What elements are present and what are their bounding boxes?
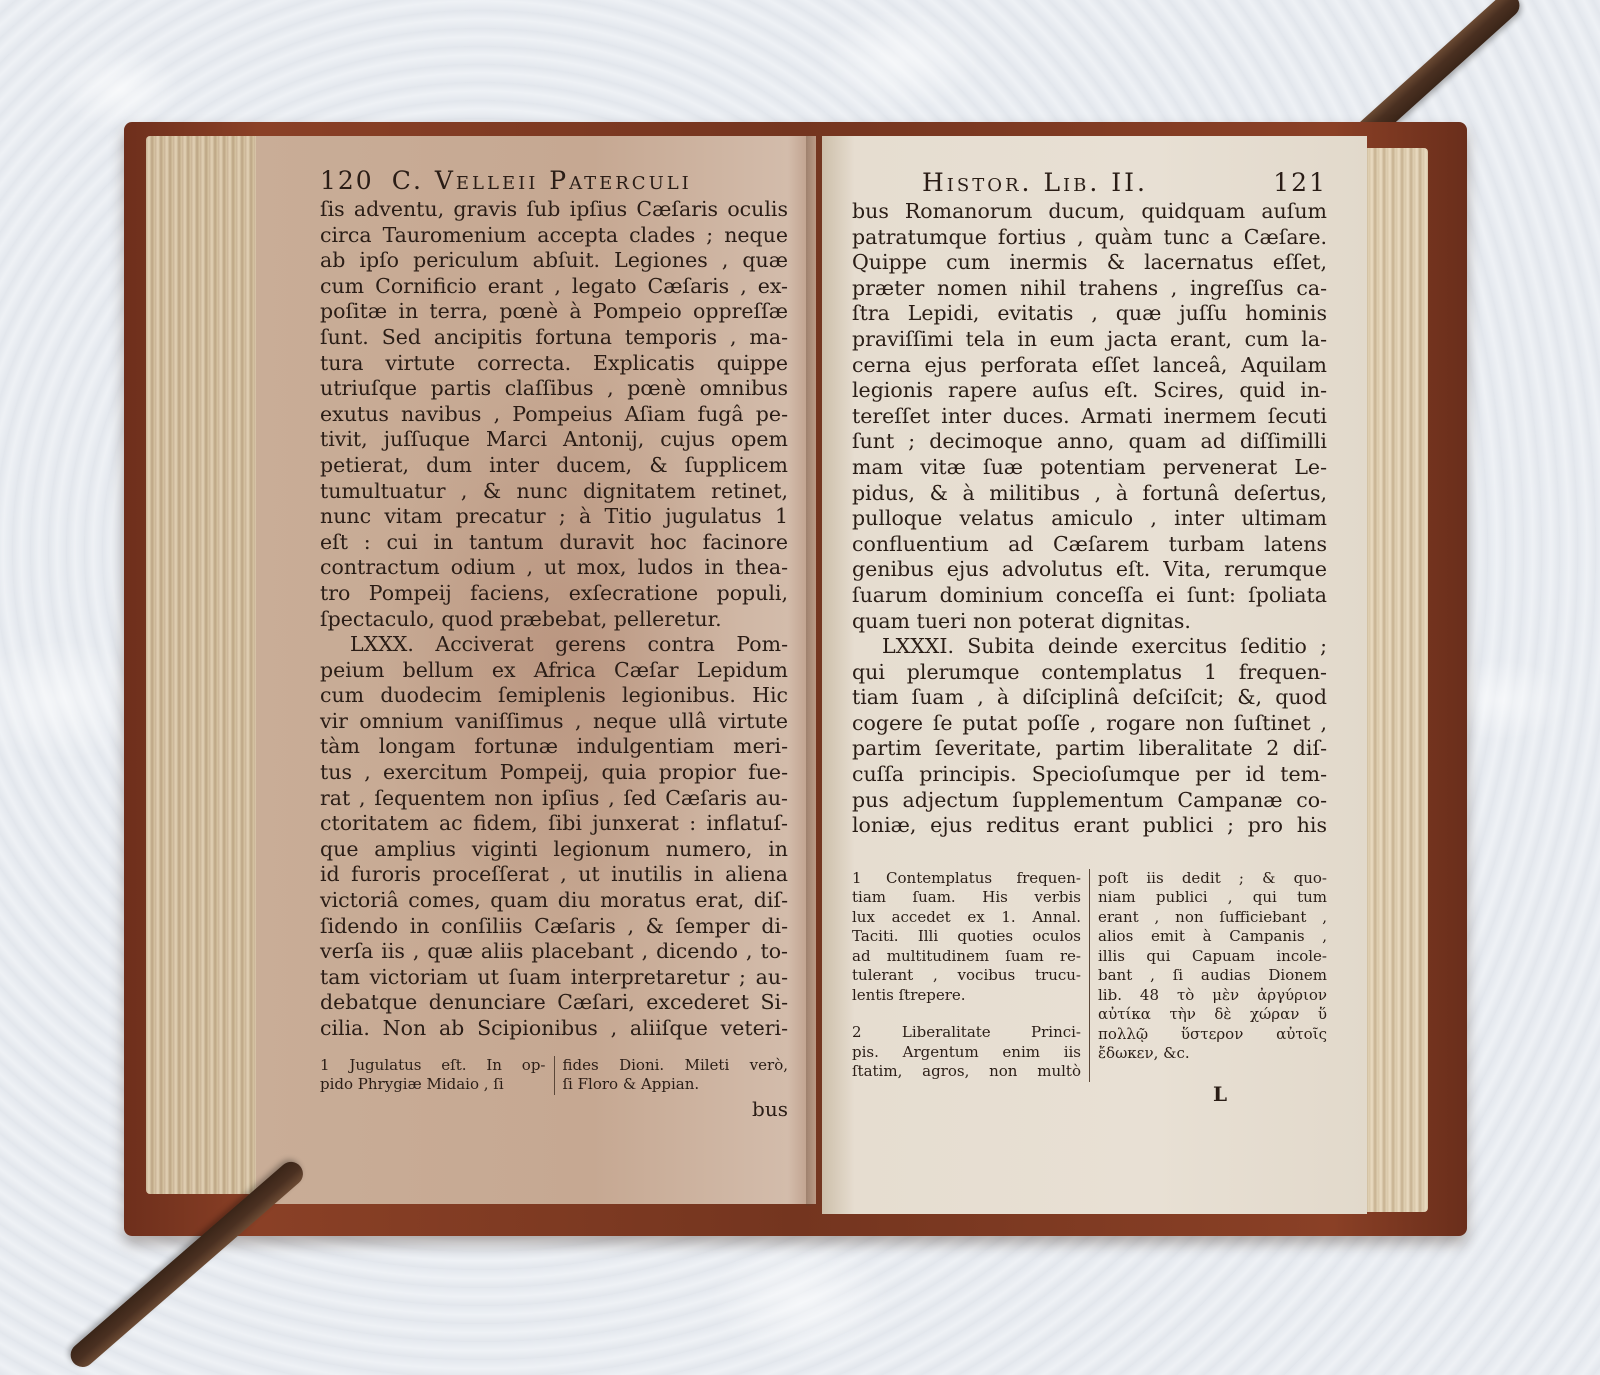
page-number: 120 [320,166,374,195]
photo-scene: 120 C. Velleii Paterculi ſis adventu, gr… [0,0,1600,1375]
footnote-line: lux accedet ex 1. Annal. [852,908,1081,928]
footnote-line: pido Phrygiæ Midaio , ſi [320,1075,546,1095]
text-line: patratumque fortius , quàm tunc a Cæſare… [852,225,1327,251]
text-line: peium bellum ex Africa Cæſar Lepidum [320,658,788,684]
text-line: pidus, & à militibus , à fortunâ deſertu… [852,481,1327,507]
text-line: tus , exercitum Pompeij, quia propior fu… [320,760,788,786]
footnote-line: ἔδωκεν, &c. [1098,1044,1327,1064]
text-line: ſunt ; decimoque anno, quam ad diſſimill… [852,429,1327,455]
text-line: victoriâ comes, quam diu moratus erat, d… [320,888,788,914]
footnote-line: tulerant , vocibus trucu- [852,966,1081,986]
text-line: tura virtute correcta. Explicatis quippe [320,351,788,377]
text-line: cum duodecim ſemiplenis legionibus. Hic [320,683,788,709]
text-line: cum Cornificio erant , legato Cæſaris , … [320,274,788,300]
text-line: contractum odium , ut mox, ludos in thea… [320,555,788,581]
text-line: eſt : cui in tantum duravit hoc facinore [320,530,788,556]
footnote-line: 1 Jugulatus eſt. In op- [320,1056,546,1076]
right-body-text: bus Romanorum ducum, quidquam auſum patr… [852,199,1327,839]
footnote-line: ſi Floro & Appian. [563,1075,789,1095]
left-running-head: 120 C. Velleii Paterculi [320,166,788,195]
text-line: genibus ejus advolutus eſt. Vita, rerumq… [852,557,1327,583]
page-number: 121 [1273,168,1327,197]
text-line: praviſſimi tela in eum jacta erant, cum … [852,327,1327,353]
footnote-line: αὐτίκα τὴν δὲ χώραν ὕ [1098,1005,1327,1025]
text-line: ſunt. Sed ancipitis fortuna temporis , m… [320,325,788,351]
left-body-text: ſis adventu, gravis ſub ipſius Cæſaris o… [320,197,788,1042]
text-line: ſtra Lepidi, evitatis , quæ juſſu homini… [852,301,1327,327]
catchword: bus [320,1097,788,1121]
text-line: Quippe cum inermis & lacernatus eſſet, [852,250,1327,276]
text-line: cerna ejus perforata eſſet lanceâ, Aquil… [852,353,1327,379]
text-line: bus Romanorum ducum, quidquam auſum [852,199,1327,225]
right-page-edges [1360,148,1428,1212]
footnote-line: tiam ſuam. His verbis [852,888,1081,908]
running-title: Histor. Lib. II. [922,168,1148,197]
footnote-line: erant , non ſufficiebant , [1098,908,1327,928]
footnote-column: 1 Jugulatus eſt. In op- pido Phrygiæ Mid… [320,1056,546,1095]
footnote-line: 1 Contemplatus frequen- [852,869,1081,889]
footnote-line: Taciti. Illi quoties oculos [852,927,1081,947]
footnote-line: poſt iis dedit ; & quo- [1098,869,1327,889]
text-line: ſidendo in conſiliis Cæſaris , & ſemper … [320,914,788,940]
text-line: cilia. Non ab Scipionibus , aliiſque vet… [320,1016,788,1042]
left-page-edges [146,136,264,1194]
text-line: tam victoriam ut ſuam interpretaretur ; … [320,965,788,991]
footnote-line: 2 Liberalitate Princi- [852,1023,1081,1043]
text-line: ſuarum dominium conceſſa ei ſunt: ſpolia… [852,583,1327,609]
right-page: Histor. Lib. II. 121 bus Romanorum ducum… [822,136,1367,1214]
text-line: partim ſeveritate, partim liberalitate 2… [852,736,1327,762]
text-line: præter nomen nihil trahens , ingreſſus c… [852,276,1327,302]
text-line: pus adjectum ſupplementum Campanæ co- [852,788,1327,814]
text-line: quam tueri non poterat dignitas. [852,609,1327,635]
running-title: C. Velleii Paterculi [374,166,788,195]
left-page: 120 C. Velleii Paterculi ſis adventu, gr… [256,136,816,1204]
right-footnotes: 1 Contemplatus frequen- tiam ſuam. His v… [852,869,1327,1082]
text-line: debatque denunciare Cæſari, excederet Si… [320,990,788,1016]
footnote-column: fides Dioni. Mileti verò, ſi Floro & App… [563,1056,789,1095]
footnote-line: lentis ſtrepere. [852,986,1081,1006]
text-line: legionis rapere auſus eſt. Scires, quid … [852,378,1327,404]
footnote-line: ad multitudinem ſuam re- [852,947,1081,967]
text-line: cuſſa principis. Specioſumque per id tem… [852,762,1327,788]
text-line: que amplius viginti legionum numero, in [320,837,788,863]
text-line: rat , ſequentem non ipſius , ſed Cæſaris… [320,786,788,812]
footnote-line: lib. 48 τὸ μὲν ἀργύριον [1098,986,1327,1006]
footnote-line: pis. Argentum enim iis [852,1043,1081,1063]
footnote-line: bant , ſi audias Dionem [1098,966,1327,986]
text-line: tivit, juſſuque Marci Antonij, cujus ope… [320,427,788,453]
footnote-line: ſtatim, agros, non multò [852,1062,1081,1082]
footnote-divider [1089,869,1090,1082]
text-line: tumultuatur , & nunc dignitatem retinet, [320,479,788,505]
text-line: verſa iis , quæ aliis placebant , dicend… [320,939,788,965]
text-line: tro Pompeij faciens, exſecratione populi… [320,581,788,607]
text-line: tàm longam fortunæ indulgentiam meri- [320,734,788,760]
text-line: cogere ſe putat poſſe , rogare non ſuſti… [852,711,1327,737]
text-line: pulloque velatus amiculo , inter ultimam [852,506,1327,532]
text-line: tereſſet inter duces. Armati inermem ſec… [852,404,1327,430]
text-line: petierat, dum inter ducem, & ſupplicem [320,453,788,479]
text-line: ab ipſo periculum abſuit. Legiones , quæ [320,248,788,274]
text-line: mam vitæ ſuæ potentiam pervenerat Le- [852,455,1327,481]
footnote-divider [554,1056,555,1095]
text-line: qui plerumque contemplatus 1 frequen- [852,660,1327,686]
text-line: id furoris proceſſerat , ut inutilis in … [320,862,788,888]
footnote-column: poſt iis dedit ; & quo- niam publici , q… [1098,869,1327,1082]
text-line: circa Tauromenium accepta clades ; neque [320,223,788,249]
text-line: poſitæ in terra, pœnè à Pompeio oppreſſæ [320,299,788,325]
footnote-gap [852,1005,1081,1023]
text-line: utriuſque partis claſſibus , pœnè omnibu… [320,376,788,402]
signature-mark: L [852,1082,1327,1106]
text-line: ſpectaculo, quod præbebat, pelleretur. [320,607,788,633]
footnote-line: alios emit à Campanis , [1098,927,1327,947]
footnote-column: 1 Contemplatus frequen- tiam ſuam. His v… [852,869,1081,1082]
footnote-line: fides Dioni. Mileti verò, [563,1056,789,1076]
footnote-line: niam publici , qui tum [1098,888,1327,908]
text-line: confluentium ad Cæſarem turbam latens [852,532,1327,558]
chapter-start-line: LXXXI. Subita deinde exercitus ſeditio ; [852,634,1327,660]
right-running-head: Histor. Lib. II. 121 [852,168,1327,197]
footnote-line: illis qui Capuam incole- [1098,947,1327,967]
text-line: loniæ, ejus reditus erant publici ; pro … [852,813,1327,839]
left-footnotes: 1 Jugulatus eſt. In op- pido Phrygiæ Mid… [320,1056,788,1095]
text-line: ctoritatem ac fidem, ſibi junxerat : inf… [320,811,788,837]
text-line: tiam ſuam , à diſciplinâ deſciſcit; &, q… [852,685,1327,711]
text-line: nunc vitam precatur ; à Titio jugulatus … [320,504,788,530]
chapter-start-line: LXXX. Acciverat gerens contra Pom- [320,632,788,658]
text-line: vir omnium vaniſſimus , neque ullâ virtu… [320,709,788,735]
text-line: exutus navibus , Pompeius Aſiam fugâ pe- [320,402,788,428]
text-line: ſis adventu, gravis ſub ipſius Cæſaris o… [320,197,788,223]
footnote-line: πολλῷ ὕστερον αὐτοῖς [1098,1025,1327,1045]
